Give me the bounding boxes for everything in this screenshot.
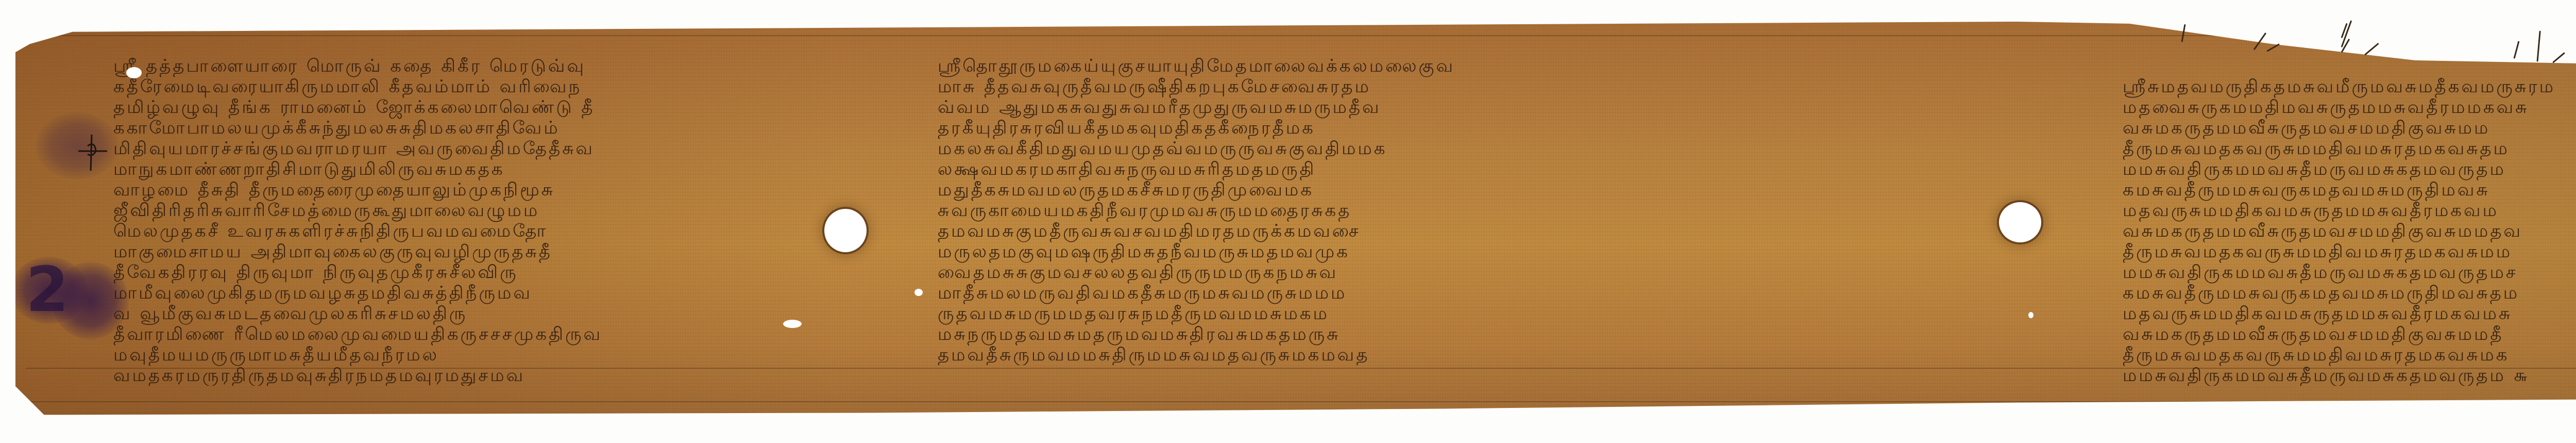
- manuscript-line: தமிழ்வழுவு தீங்க ராமனைம் ஜோக்கலைமாவெண்டு…: [113, 97, 783, 118]
- manuscript-line: தீருமசுவமதகவருசுமமதிவமசுரதமகவசுமம: [2123, 241, 2576, 262]
- binding-hole-left: [824, 209, 867, 252]
- text-column-middle: ஸ்ரீதொதூருமகைய்யுகுசயாயுதிமேதமாலைவக்கலமல…: [938, 56, 1932, 365]
- manuscript-line: மாநுகமாண்ணறாதிசிமாடுதுமிலிருவசுமகதக: [113, 159, 783, 179]
- manuscript-line: மாசு தீதவசுவுருதீவமருஷீதிகறபுகமேசவைசுரதம: [938, 76, 1932, 97]
- manuscript-line: வாழமை தீசுதி தீருமதைரைமுதையாலும்முகநிமூச…: [113, 179, 783, 200]
- manuscript-line: மதவருசுமமதிகவமசுருதமமசுவதீரமகவமசு: [2123, 303, 2576, 324]
- text-column-left: ஸ்ரீ தத்தபாளையாரை மொருவ் கதை கிகீர மெரடு…: [113, 56, 783, 386]
- manuscript-line: ஸ்ரீசுமதவமருதிகதமசுவமீருமவசுமதீகவமருசுரம: [2123, 76, 2576, 97]
- manuscript-line: மகலசுவகீதிமதுவமயமுதவ்வமருருவசுகுவதிமமக: [938, 138, 1932, 159]
- manuscript-line: மாகுமைசாமய அதிமாவுகைலகுருவுவழிமுருதசுதீ: [113, 241, 783, 262]
- leaf-fibre: [2514, 41, 2520, 59]
- manuscript-line: மதுதீகசுமவமலருதமகசீசுமரருதிமுவைமக: [938, 179, 1932, 200]
- manuscript-line: ருதவமசுமருமமதவரசுநமதீருமவமமசுமகம: [938, 303, 1932, 324]
- manuscript-line: கதீரேமைடிவரையாகிருமமாலி கீதவம்மாம் வரிவை…: [113, 76, 783, 97]
- manuscript-line: சுவருகாமையமகதிநீவரமுமவசுருமமதைரசுகத: [938, 200, 1932, 221]
- manuscript-line: மருலதமகுவுமஷருதிமசுதநீவமருசுமதமவமுக: [938, 241, 1932, 262]
- margin-cross-mark-icon: [77, 130, 108, 172]
- manuscript-line: மதவருசுமமதிகவமசுருதமமசுவதீரமகவம: [2123, 200, 2576, 221]
- manuscript-line: மாதீசுமலமருவதிவமகதீசுமருமசுவமருசுமமம: [938, 283, 1932, 303]
- manuscript-line: தீவேகதிரரவு திருவுமா நிருவுதமுகீரசுசீலவி…: [113, 262, 783, 283]
- leaf-edge-line: [26, 35, 2576, 36]
- manuscript-line: ககாமோபாமலயமுக்கீசுந்துமலசுசுதிமகலசாதிவேம…: [113, 118, 783, 138]
- manuscript-line: மமசுவதிருகமமவசுதீமருவமசுகதமவருதமச: [2123, 262, 2576, 283]
- manuscript-line: வசுமகருதமமவீசுருதமவசமமதிகுவசுமம: [2123, 118, 2576, 138]
- leaf-fibre: [2537, 31, 2541, 62]
- manuscript-line: ஜீவிதிரிதரிசுவாரிசேமத்மைருகூதுமாலைவழுமம: [113, 200, 783, 221]
- manuscript-line: கமசுவதீருமமசுவருகமதவமசுமருதிமவசுதம: [2123, 283, 2576, 303]
- manuscript-line: தீவாரமிணை ரீமெலமலைமுவமையதிகருசசசமுகதிருவ: [113, 324, 783, 344]
- manuscript-line: தீருமசுவமதகவருசுமமதிவமசுரதமகவசுதம: [2123, 138, 2576, 159]
- manuscript-line: மமசுவதிருகமமவசுதீமருவமசுகதமவருதம ௬: [2123, 365, 2576, 386]
- manuscript-line: மாமீவுலைமுகிதமருமவழசுதமதிவசுத்திநீருமவ: [113, 283, 783, 303]
- manuscript-line: லக்ஷவமகரமகாதிவசுநருவமசுரிதமதமருதி: [938, 159, 1932, 179]
- manuscript-line: மெலமுதகசீ உவரசுகளிரச்சுநிதிருபவமவமைதோ: [113, 221, 783, 241]
- manuscript-line: தமவதீசுருமவமமசுதிருமமசுவமதவருசுமகமவத: [938, 344, 1932, 365]
- palm-leaf-folio: 2 ஸ்ரீ தத்தபாளையாரை மொருவ் கதை கிகீர மெர…: [15, 20, 2576, 427]
- manuscript-line: மிதிவுயமாரச்சங்குமவராமரயா அவருவைதிமதேதீச…: [113, 138, 783, 159]
- manuscript-line: வ வூமீகுவசுமடதவைமுலகரிசுசமலதிரு: [113, 303, 783, 324]
- manuscript-line: தீருமசுவமதகவருசுமமதிவமசுரதமகவசுமக: [2123, 344, 2576, 365]
- worm-hole: [783, 320, 802, 328]
- manuscript-line: மவுதீமயமருருமாமசுதீயமீதவநீரமல: [113, 344, 783, 365]
- text-column-right: ஸ்ரீசுமதவமருதிகதமசுவமீருமவசுமதீகவமருசுரம…: [2123, 76, 2576, 386]
- binding-hole-right: [1999, 202, 2041, 242]
- manuscript-line: மசுநருமதவமசுமதருமவமசுதிரவசுமகதமருசு: [938, 324, 1932, 344]
- manuscript-line: தரகீயுதிரசுரவியகீதமகவுமதிகதகீநைரதீமக: [938, 118, 1932, 138]
- manuscript-line: மமசுவதிருகமமவசுதீமருவமசுகதமவருதம: [2123, 159, 2576, 179]
- stain-marking: 2: [26, 254, 64, 326]
- worm-hole: [2028, 312, 2033, 318]
- manuscript-line: மதவைசுருகமமதிமவசுருதமமசுவதீரமமகவசு: [2123, 97, 2576, 118]
- leaf-fibre: [2364, 43, 2379, 56]
- manuscript-line: ஸ்ரீதொதூருமகைய்யுகுசயாயுதிமேதமாலைவக்கலமல…: [938, 56, 1932, 76]
- manuscript-line: வமதகரமருரதிருதமவுசுதிரநமதமவுரமதுசமவ: [113, 365, 783, 386]
- worm-hole: [914, 289, 923, 296]
- manuscript-line: வசுமகருதமமவீசுருதமவசமமதிகுவசுமமதீ: [2123, 324, 2576, 344]
- leaf-fibre: [2552, 52, 2565, 63]
- manuscript-line: வ்வம ஆதுமகசுவதுசுவமரீதமுதுருவமசுமருமதீவ: [938, 97, 1932, 118]
- manuscript-line: வசுமகருதமமவீசுருதமவசமமதிகுவசுமமதவ: [2123, 221, 2576, 241]
- manuscript-line: வைதமசுசுகுமவசலலதவதிருருமமருகநமசுவ: [938, 262, 1932, 283]
- manuscript-line: ஸ்ரீ தத்தபாளையாரை மொருவ் கதை கிகீர மெரடு…: [113, 56, 783, 76]
- worm-hole: [126, 67, 142, 78]
- leaf-edge-line: [26, 401, 2576, 402]
- manuscript-line: தமவமசுகுமதீருவசுவசவமதிமரதமருக்கமவசை: [938, 221, 1932, 241]
- manuscript-line: கமசுவதீருமமசுவருகமதவமசுமருதிமவசு: [2123, 179, 2576, 200]
